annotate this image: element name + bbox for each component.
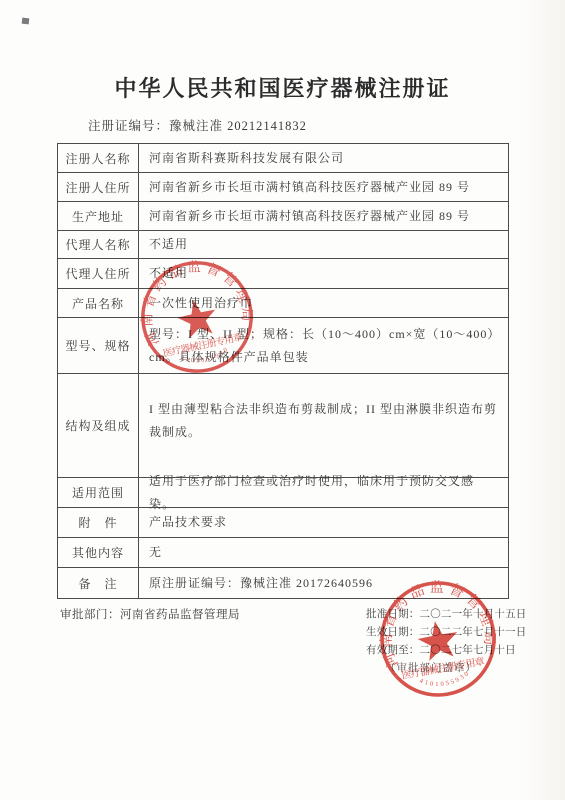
row-value-model-spec: 型号：I 型、II 型；规格：长（10～400）cm×宽（10～400）cm。具…	[139, 318, 508, 373]
row-label-structure: 结构及组成	[58, 374, 139, 477]
row-value-remark: 原注册证编号：豫械注准 20172640596	[139, 568, 508, 598]
row-label-registrant-name: 注册人名称	[58, 144, 139, 172]
row-label-registrant-address: 注册人住所	[58, 173, 139, 201]
scan-artifact-mark	[22, 18, 30, 25]
row-value-other: 无	[139, 538, 508, 567]
page-title: 中华人民共和国医疗器械注册证	[0, 72, 565, 103]
table-row: 其他内容 无	[58, 538, 508, 568]
table-row: 备 注 原注册证编号：豫械注准 20172640596	[58, 568, 508, 598]
row-label-agent-name: 代理人名称	[58, 231, 139, 258]
registration-number: 注册证编号：豫械注准 20212141832	[88, 116, 307, 134]
row-value-registrant-address: 河南省新乡市长垣市满村镇高科技医疗器械产业园 89 号	[139, 173, 508, 201]
row-label-product-name: 产品名称	[58, 289, 139, 317]
table-row: 注册人名称 河南省斯科赛斯科技发展有限公司	[58, 144, 508, 173]
row-label-scope: 适用范围	[58, 478, 139, 507]
table-row: 代理人住所 不适用	[58, 259, 508, 289]
row-label-other: 其他内容	[58, 538, 139, 567]
certificate-table: 注册人名称 河南省斯科赛斯科技发展有限公司 注册人住所 河南省新乡市长垣市满村镇…	[57, 143, 509, 599]
row-value-attachment: 产品技术要求	[139, 508, 508, 537]
row-label-model-spec: 型号、规格	[58, 318, 139, 373]
row-value-registrant-name: 河南省斯科赛斯科技发展有限公司	[139, 144, 508, 172]
row-label-agent-address: 代理人住所	[58, 259, 139, 288]
row-label-remark: 备 注	[58, 568, 139, 598]
row-value-structure: I 型由薄型粘合法非织造布剪裁制成；II 型由淋膜非织造布剪裁制成。	[139, 374, 508, 477]
row-value-agent-address: 不适用	[139, 259, 508, 288]
effect-date: 生效日期：二〇二二年七月十一日	[366, 624, 527, 642]
row-value-agent-name: 不适用	[139, 231, 508, 258]
table-row: 注册人住所 河南省新乡市长垣市满村镇高科技医疗器械产业园 89 号	[58, 173, 508, 202]
row-value-scope: 适用于医疗部门检查或治疗时使用，临床用于预防交叉感染。	[139, 478, 508, 507]
table-row: 结构及组成 I 型由薄型粘合法非织造布剪裁制成；II 型由淋膜非织造布剪裁制成。	[58, 374, 508, 478]
table-row: 适用范围 适用于医疗部门检查或治疗时使用，临床用于预防交叉感染。	[58, 478, 508, 508]
seal-note: （审批部门盖章）	[385, 660, 477, 675]
certificate-page: 中华人民共和国医疗器械注册证 注册证编号：豫械注准 20212141832 注册…	[0, 0, 565, 800]
row-value-production-address: 河南省新乡市长垣市满村镇高科技医疗器械产业园 89 号	[139, 202, 508, 230]
row-label-production-address: 生产地址	[58, 202, 139, 230]
valid-until-date: 有效期至：二〇二七年七月十日	[366, 642, 527, 660]
table-row: 型号、规格 型号：I 型、II 型；规格：长（10～400）cm×宽（10～40…	[58, 318, 508, 374]
table-row: 生产地址 河南省新乡市长垣市满村镇高科技医疗器械产业园 89 号	[58, 202, 508, 231]
table-row: 附 件 产品技术要求	[58, 508, 508, 538]
approve-date: 批准日期：二〇二一年十月十五日	[366, 606, 527, 624]
table-row: 代理人名称 不适用	[58, 231, 508, 259]
table-row: 产品名称 一次性使用治疗巾	[58, 289, 508, 318]
row-value-product-name: 一次性使用治疗巾	[139, 289, 508, 317]
row-label-attachment: 附 件	[58, 508, 139, 537]
date-block: 批准日期：二〇二一年十月十五日 生效日期：二〇二二年七月十一日 有效期至：二〇二…	[366, 606, 527, 660]
approval-department: 审批部门：河南省药品监督管理局	[60, 606, 240, 622]
